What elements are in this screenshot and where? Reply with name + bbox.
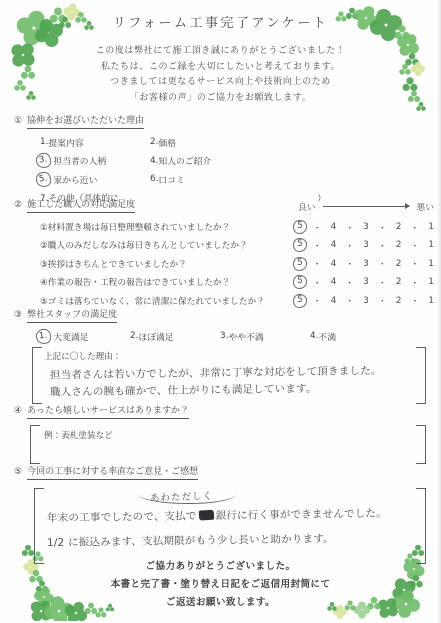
- feedback-text: 銀行に行く事ができませんでした。: [216, 507, 387, 521]
- intro-line: つきましては更なるサービス向上や技術向上のため: [0, 75, 441, 91]
- rating-separator: ・: [378, 294, 387, 307]
- option-label: 担当者の人柄: [53, 154, 106, 167]
- desired-services-box: 例：表札塗装など: [30, 425, 426, 464]
- option-label: 大変満足: [53, 330, 88, 343]
- closing-line: ご返送お願い致します。: [0, 594, 441, 612]
- rating-value: 1: [428, 222, 434, 232]
- rating-separator: ・: [410, 221, 419, 234]
- section3-marker: ③: [14, 310, 22, 320]
- rating-question-row: ②職人のみだしなみは毎日きちんとしていましたか？5・4・3・2・1: [40, 239, 434, 252]
- survey-option: 6.口コミ: [150, 173, 211, 186]
- section4-marker: ④: [14, 406, 22, 416]
- rating-value: 3: [363, 240, 369, 250]
- option-number: 4.: [310, 331, 318, 341]
- rating-scale: 5・4・3・2・1: [296, 294, 434, 307]
- rating-value: 3: [363, 259, 369, 269]
- survey-option: 4.不満: [310, 330, 400, 343]
- scribbled-out-word: [198, 509, 214, 520]
- option-label: 提案内容: [48, 136, 83, 149]
- section-desired-services: ④ あったら嬉しいサービスはありますか？ 例：表札塗装など: [14, 403, 434, 464]
- rating-scale: 5・4・3・2・1: [296, 221, 434, 234]
- survey-option: 3.担当者の人柄: [40, 154, 150, 167]
- section2-marker: ②: [14, 200, 22, 210]
- rating-separator: ・: [345, 239, 354, 252]
- rating-value: 2: [396, 277, 402, 287]
- intro-text: この度は弊社にて施工頂き誠にありがとうございました！私たちは、このご縁を大切にし…: [0, 44, 441, 106]
- section-reason-for-choosing: ① 協伸をお選びいただいた理由 1.提案内容2.価格3.担当者の人柄4.知人のご…: [14, 113, 434, 204]
- rating-separator: ・: [410, 239, 419, 252]
- rating-value: 2: [396, 259, 402, 269]
- circled-option-number: 3.: [35, 152, 52, 169]
- rating-value: 1: [428, 240, 434, 250]
- rating-scale: 5・4・3・2・1: [296, 257, 434, 270]
- handwritten-feedback-line1: 年末の工事でしたので、支払で銀行に行く事ができませんでした。: [47, 505, 387, 527]
- rating-separator: ・: [345, 257, 354, 270]
- option-label: 家から近い: [53, 173, 97, 186]
- survey-option: 1.提案内容: [40, 136, 150, 149]
- rating-question-row: ⑤ゴミは落ちていなく、常に清潔に保たれていましたか？5・4・3・2・1: [40, 294, 434, 307]
- intro-line: この度は弊社にて施工頂き誠にありがとうございました！: [0, 44, 441, 60]
- scale-bad-label: 悪い: [416, 200, 434, 213]
- section2-heading: 施工した職人の対応満足度: [27, 197, 135, 213]
- section5-marker: ⑤: [14, 467, 22, 477]
- rating-separator: ・: [345, 294, 354, 307]
- rating-value: 2: [396, 222, 402, 232]
- rating-separator: ・: [345, 276, 354, 289]
- rating-separator: ・: [345, 221, 354, 234]
- reason-label: 上記に〇した理由：: [44, 350, 414, 362]
- section5-heading: 今回の工事に対する率直なご意見・ご感想: [27, 464, 198, 480]
- option-number: 3.: [220, 331, 228, 341]
- option-number: 6.: [150, 174, 158, 184]
- rating-value: 3: [363, 296, 369, 306]
- option-label: 知人のご紹介: [158, 154, 211, 167]
- rating-separator: ・: [378, 257, 387, 270]
- question-label: ③挨拶はきちんとできていましたか？: [40, 258, 296, 270]
- reason-comment-box: 上記に〇した理由： 担当者さんは若い方でしたが、非常に丁寧な対応をして頂きました…: [32, 347, 426, 404]
- circled-rating-value: 5: [293, 275, 308, 290]
- circled-option-number: 1.: [35, 328, 52, 345]
- section4-heading: あったら嬉しいサービスはありますか？: [27, 403, 189, 419]
- rating-question-row: ③挨拶はきちんとできていましたか？5・4・3・2・1: [40, 257, 434, 270]
- example-text: 例：表札塗装など: [44, 429, 412, 441]
- survey-document: リフォーム工事完了アンケート この度は弊社にて施工頂き誠にありがとうございました…: [0, 0, 441, 623]
- closing-line: ご協力ありがとうございました。: [0, 558, 441, 576]
- question-label: ④作業の報告・工程の報告はできていましたか？: [40, 276, 296, 288]
- handwritten-feedback-line2: 1/2 に振込みます、支払期限がもう少し長いと助かります。: [47, 530, 334, 551]
- survey-option: 1.大変満足: [40, 330, 130, 343]
- rating-scale-header: 良い 悪い: [298, 200, 434, 213]
- survey-option: 2.価格: [150, 136, 211, 149]
- feedback-text: 年末の工事でしたので、支払で: [47, 510, 197, 524]
- rating-question-row: ④作業の報告・工程の報告はできていましたか？5・4・3・2・1: [40, 276, 434, 289]
- rating-value: 1: [428, 259, 434, 269]
- rating-value: 4: [331, 222, 337, 232]
- question-label: ⑤ゴミは落ちていなく、常に清潔に保たれていましたか？: [40, 295, 296, 307]
- rating-scale: 5・4・3・2・1: [296, 239, 434, 252]
- survey-option: 3.やや不満: [220, 330, 310, 343]
- rating-value: 2: [396, 296, 402, 306]
- section-worker-satisfaction: ② 施工した職人の対応満足度 良い 悪い ①材料置き場は毎日整理整頓されていまし…: [14, 197, 434, 307]
- closing-message: ご協力ありがとうございました。本書と完了書・塗り替え日記をご返信用封筒にてご返送…: [0, 558, 441, 612]
- rating-separator: ・: [313, 294, 322, 307]
- intro-line: 「お客様の声」のご協力をお願致します。: [0, 91, 441, 107]
- section-honest-feedback: ⑤ 今回の工事に対する率直なご意見・ご感想 あわただしく 年末の工事でしたので、…: [14, 464, 434, 564]
- survey-option: 4.知人のご紹介: [150, 154, 211, 167]
- rating-value: 1: [428, 296, 434, 306]
- rating-value: 2: [396, 240, 402, 250]
- option-label: 口コミ: [158, 173, 184, 186]
- rating-separator: ・: [313, 276, 322, 289]
- circled-rating-value: 5: [293, 238, 308, 253]
- circled-rating-value: 5: [293, 293, 308, 308]
- rating-value: 3: [363, 222, 369, 232]
- question-label: ②職人のみだしなみは毎日きちんとしていましたか？: [40, 239, 296, 251]
- rating-separator: ・: [313, 239, 322, 252]
- rating-value: 4: [331, 296, 337, 306]
- scale-arrow-icon: [323, 206, 410, 207]
- circled-rating-value: 5: [293, 256, 308, 271]
- rating-question-list: ①材料置き場は毎日整理整頓されていましたか？5・4・3・2・1②職人のみだしなみ…: [40, 221, 434, 308]
- rating-question-row: ①材料置き場は毎日整理整頓されていましたか？5・4・3・2・1: [40, 221, 434, 234]
- section3-heading: 弊社スタッフの満足度: [27, 307, 117, 323]
- circled-option-number: 5.: [35, 171, 52, 188]
- section1-marker: ①: [14, 116, 22, 126]
- rating-separator: ・: [378, 276, 387, 289]
- rating-separator: ・: [313, 221, 322, 234]
- option-label: ほぼ満足: [138, 330, 173, 343]
- reason-options-list: 1.提案内容2.価格3.担当者の人柄4.知人のご紹介5.家から近い6.口コミ: [40, 136, 434, 186]
- rating-value: 4: [331, 240, 337, 250]
- survey-option: 5.家から近い: [40, 173, 150, 186]
- rating-scale: 5・4・3・2・1: [296, 276, 434, 289]
- survey-option: 2.ほぼ満足: [130, 330, 220, 343]
- option-number: 1.: [40, 137, 48, 147]
- page-title: リフォーム工事完了アンケート: [0, 12, 441, 31]
- rating-separator: ・: [378, 221, 387, 234]
- rating-value: 4: [331, 259, 337, 269]
- rating-value: 3: [363, 277, 369, 287]
- closing-line: 本書と完了書・塗り替え日記をご返信用封筒にて: [0, 576, 441, 594]
- rating-separator: ・: [410, 276, 419, 289]
- intro-line: 私たちは、このご縁を大切にしたいと考えております。: [0, 60, 441, 76]
- option-label: 価格: [158, 136, 176, 149]
- option-label: 不満: [318, 330, 336, 343]
- circled-rating-value: 5: [293, 220, 308, 235]
- staff-satisfaction-options: 1.大変満足2.ほぼ満足3.やや不満4.不満: [40, 330, 434, 343]
- section1-heading: 協伸をお選びいただいた理由: [27, 113, 144, 129]
- rating-separator: ・: [410, 294, 419, 307]
- option-number: 2.: [150, 137, 158, 147]
- option-number: 2.: [130, 331, 138, 341]
- rating-value: 1: [428, 277, 434, 287]
- rating-separator: ・: [410, 257, 419, 270]
- handwritten-reason: 担当者さんは若い方でしたが、非常に丁寧な対応をして頂きました。職人さんの腕も確か…: [50, 362, 414, 401]
- option-label: やや不満: [228, 330, 263, 343]
- rating-separator: ・: [378, 239, 387, 252]
- section-staff-satisfaction: ③ 弊社スタッフの満足度 1.大変満足2.ほぼ満足3.やや不満4.不満 上記に〇…: [14, 307, 434, 404]
- feedback-comment-box: あわただしく 年末の工事でしたので、支払で銀行に行く事ができませんでした。 1/…: [34, 488, 426, 564]
- rating-value: 4: [331, 277, 337, 287]
- rating-separator: ・: [313, 257, 322, 270]
- scale-good-label: 良い: [298, 200, 316, 213]
- question-label: ①材料置き場は毎日整理整頓されていましたか？: [40, 221, 296, 233]
- option-number: 4.: [150, 156, 158, 166]
